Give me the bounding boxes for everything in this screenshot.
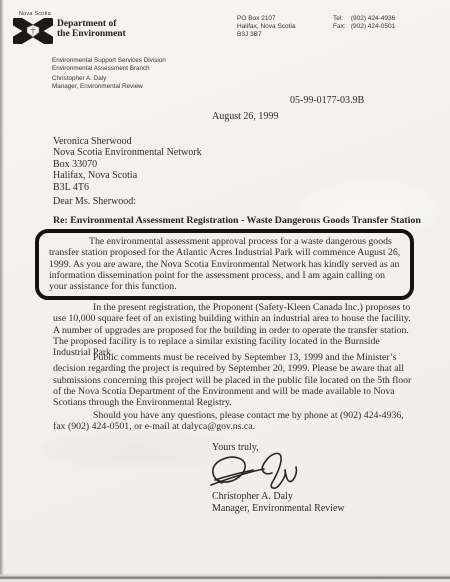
department-name-line2: the Environment: [57, 30, 126, 40]
scan-bottom-edge: [0, 573, 450, 582]
department-name: Department of the Environment: [57, 20, 126, 39]
signer-title: Manager, Environmental Review: [212, 503, 345, 514]
division-block: Environmental Support Services Division …: [52, 57, 166, 72]
date-line: August 26, 1999: [212, 111, 278, 122]
letterhead-address-line3: B3J 3B7: [237, 31, 296, 39]
recipient-address-block: Veronica Sherwood Nova Scotia Environmen…: [53, 136, 202, 193]
recipient-name: Veronica Sherwood: [53, 136, 202, 147]
recipient-postal-code: B3L 4T6: [53, 182, 202, 193]
nova-scotia-wordmark: Nova Scotia: [19, 11, 51, 17]
letterhead-contact-name: Christopher A. Daly: [52, 75, 143, 83]
tel-number: (902) 424-4936: [351, 15, 395, 23]
fax-label: Fax:: [333, 23, 349, 31]
letterhead-phone-block: Tel: (902) 424-4936 Fax: (902) 424-0501: [333, 15, 395, 31]
recipient-organization: Nova Scotia Environmental Network: [53, 147, 202, 158]
letterhead-address-line1: PO Box 2107: [237, 15, 296, 23]
division-line1: Environmental Support Services Division: [52, 57, 166, 65]
letterhead-fax-row: Fax: (902) 424-0501: [333, 23, 395, 31]
subject-line: Re: Environmental Assessment Registratio…: [53, 215, 421, 226]
scan-left-edge: [0, 0, 4, 582]
letterhead-contact-block: Christopher A. Daly Manager, Environment…: [52, 75, 143, 90]
scanned-letter-page: Nova Scotia Department of the Environmen…: [0, 0, 450, 582]
letterhead-address-line2: Halifax, Nova Scotia: [237, 23, 296, 31]
salutation: Dear Ms. Sherwood:: [53, 196, 136, 207]
letterhead-address: PO Box 2107 Halifax, Nova Scotia B3J 3B7: [237, 15, 296, 39]
division-line2: Environmental Assessment Branch: [52, 65, 166, 73]
fax-number: (902) 424-0501: [351, 23, 395, 31]
paragraph-3: Public comments must be received by Sept…: [53, 352, 416, 408]
paragraph-2: In the present registration, the Propone…: [53, 302, 416, 358]
paragraph-1: The environmental assessment approval pr…: [49, 236, 401, 292]
letterhead-contact-title: Manager, Environmental Review: [52, 83, 143, 91]
nova-scotia-flag-logo: [13, 18, 53, 49]
reference-number: 05-99-0177-03.9B: [290, 95, 364, 106]
highlight-box: The environmental assessment approval pr…: [35, 229, 414, 300]
signer-name: Christopher A. Daly: [212, 491, 293, 502]
recipient-city: Halifax, Nova Scotia: [53, 170, 202, 181]
tel-label: Tel:: [333, 15, 349, 23]
recipient-box: Box 33070: [53, 159, 202, 170]
paragraph-4: Should you have any questions, please co…: [53, 410, 418, 433]
letterhead-tel-row: Tel: (902) 424-4936: [333, 15, 395, 23]
